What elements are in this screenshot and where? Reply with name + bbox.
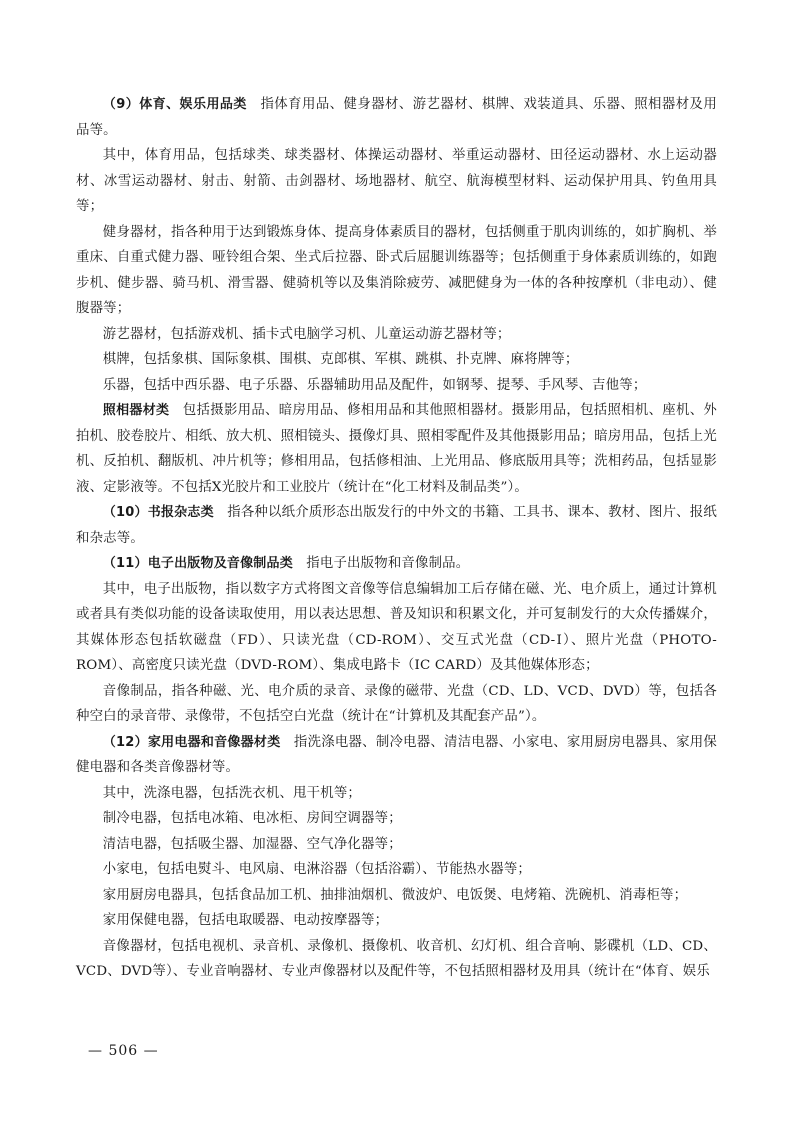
paragraph-text: 乐器，包括中西乐器、电子乐器、乐器辅助用品及配件，如钢琴、提琴、手风琴、吉他等； bbox=[103, 378, 647, 393]
paragraph-books-heading: （10）书报杂志类指各种以纸介质形态出版发行的中外文的书籍、工具书、课本、教材、… bbox=[76, 500, 717, 551]
paragraph-text: 其中，电子出版物，指以数字方式将图文音像等信息编辑加工后存储在磁、光、电介质上，… bbox=[76, 582, 717, 674]
paragraph-text: 棋牌，包括象棋、国际象棋、围棋、克郎棋、军棋、跳棋、扑克牌、麻将牌等； bbox=[103, 352, 579, 367]
paragraph-board-games: 棋牌，包括象棋、国际象棋、围棋、克郎棋、军棋、跳棋、扑克牌、麻将牌等； bbox=[76, 347, 717, 373]
paragraph-text: 健身器材，指各种用于达到锻炼身体、提高身体素质目的器材，包括侧重于肌肉训练的，如… bbox=[76, 225, 717, 317]
paragraph-electronic-publications: 其中，电子出版物，指以数字方式将图文音像等信息编辑加工后存储在磁、光、电介质上，… bbox=[76, 577, 717, 679]
paragraph-small-appliances: 小家电，包括电熨斗、电风扇、电淋浴器（包括浴霸）、节能热水器等； bbox=[76, 857, 717, 883]
paragraph-text: 指电子出版物和音像制品。 bbox=[306, 556, 469, 571]
paragraph-fitness-equipment: 健身器材，指各种用于达到锻炼身体、提高身体素质目的器材，包括侧重于肌肉训练的，如… bbox=[76, 220, 717, 322]
section-heading: （10）书报杂志类 bbox=[103, 505, 214, 520]
paragraph-photo-equipment: 照相器材类包括摄影用品、暗房用品、修相用品和其他照相器材。摄影用品，包括照相机、… bbox=[76, 398, 717, 500]
paragraph-text: 游艺器材，包括游戏机、插卡式电脑学习机、儿童运动游艺器材等； bbox=[103, 327, 511, 342]
page-number: — 506 — bbox=[88, 1043, 159, 1059]
paragraph-text: 包括摄影用品、暗房用品、修相用品和其他照相器材。摄影用品，包括照相机、座机、外拍… bbox=[76, 403, 717, 495]
paragraph-audio-video-products: 音像制品，指各种磁、光、电介质的录音、录像的磁带、光盘（CD、LD、VCD、DV… bbox=[76, 679, 717, 730]
paragraph-electronic-publications-heading: （11）电子出版物及音像制品类指电子出版物和音像制品。 bbox=[76, 551, 717, 577]
paragraph-washing-appliances: 其中，洗涤电器，包括洗衣机、甩干机等； bbox=[76, 781, 717, 807]
paragraph-text: 家用保健电器，包括电取暖器、电动按摩器等； bbox=[103, 913, 388, 928]
paragraph-sports-heading: （9）体育、娱乐用品类指体育用品、健身器材、游艺器材、棋牌、戏装道具、乐器、照相… bbox=[76, 92, 717, 143]
paragraph-text: 其中，体育用品，包括球类、球类器材、体操运动器材、举重运动器材、田径运动器材、水… bbox=[76, 148, 717, 214]
document-body: （9）体育、娱乐用品类指体育用品、健身器材、游艺器材、棋牌、戏装道具、乐器、照相… bbox=[76, 92, 717, 985]
paragraph-instruments: 乐器，包括中西乐器、电子乐器、乐器辅助用品及配件，如钢琴、提琴、手风琴、吉他等； bbox=[76, 373, 717, 399]
paragraph-text: 音像制品，指各种磁、光、电介质的录音、录像的磁带、光盘（CD、LD、VCD、DV… bbox=[76, 684, 717, 725]
paragraph-appliances-heading: （12）家用电器和音像器材类指洗涤电器、制冷电器、清洁电器、小家电、家用厨房电器… bbox=[76, 730, 717, 781]
paragraph-sports-goods: 其中，体育用品，包括球类、球类器材、体操运动器材、举重运动器材、田径运动器材、水… bbox=[76, 143, 717, 220]
paragraph-text: 家用厨房电器具，包括食品加工机、抽排油烟机、微波炉、电饭煲、电烤箱、洗碗机、消毒… bbox=[103, 888, 687, 903]
paragraph-text: 其中，洗涤电器，包括洗衣机、甩干机等； bbox=[103, 786, 361, 801]
section-heading: （9）体育、娱乐用品类 bbox=[103, 97, 247, 112]
section-heading: 照相器材类 bbox=[103, 403, 170, 418]
paragraph-text: 小家电，包括电熨斗、电风扇、电淋浴器（包括浴霸）、节能热水器等； bbox=[103, 862, 531, 877]
paragraph-kitchen-appliances: 家用厨房电器具，包括食品加工机、抽排油烟机、微波炉、电饭煲、电烤箱、洗碗机、消毒… bbox=[76, 883, 717, 909]
paragraph-health-appliances: 家用保健电器，包括电取暖器、电动按摩器等； bbox=[76, 908, 717, 934]
section-heading: （11）电子出版物及音像制品类 bbox=[103, 556, 293, 571]
paragraph-text: 清洁电器，包括吸尘器、加湿器、空气净化器等； bbox=[103, 837, 402, 852]
paragraph-cleaning-appliances: 清洁电器，包括吸尘器、加湿器、空气净化器等； bbox=[76, 832, 717, 858]
paragraph-refrigeration-appliances: 制冷电器，包括电冰箱、电冰柜、房间空调器等； bbox=[76, 806, 717, 832]
paragraph-text: 音像器材，包括电视机、录音机、录像机、摄像机、收音机、幻灯机、组合音响、影碟机（… bbox=[76, 939, 717, 980]
paragraph-audio-video-equipment: 音像器材，包括电视机、录音机、录像机、摄像机、收音机、幻灯机、组合音响、影碟机（… bbox=[76, 934, 717, 985]
section-heading: （12）家用电器和音像器材类 bbox=[103, 735, 281, 750]
paragraph-amusement-equipment: 游艺器材，包括游戏机、插卡式电脑学习机、儿童运动游艺器材等； bbox=[76, 322, 717, 348]
paragraph-text: 制冷电器，包括电冰箱、电冰柜、房间空调器等； bbox=[103, 811, 402, 826]
